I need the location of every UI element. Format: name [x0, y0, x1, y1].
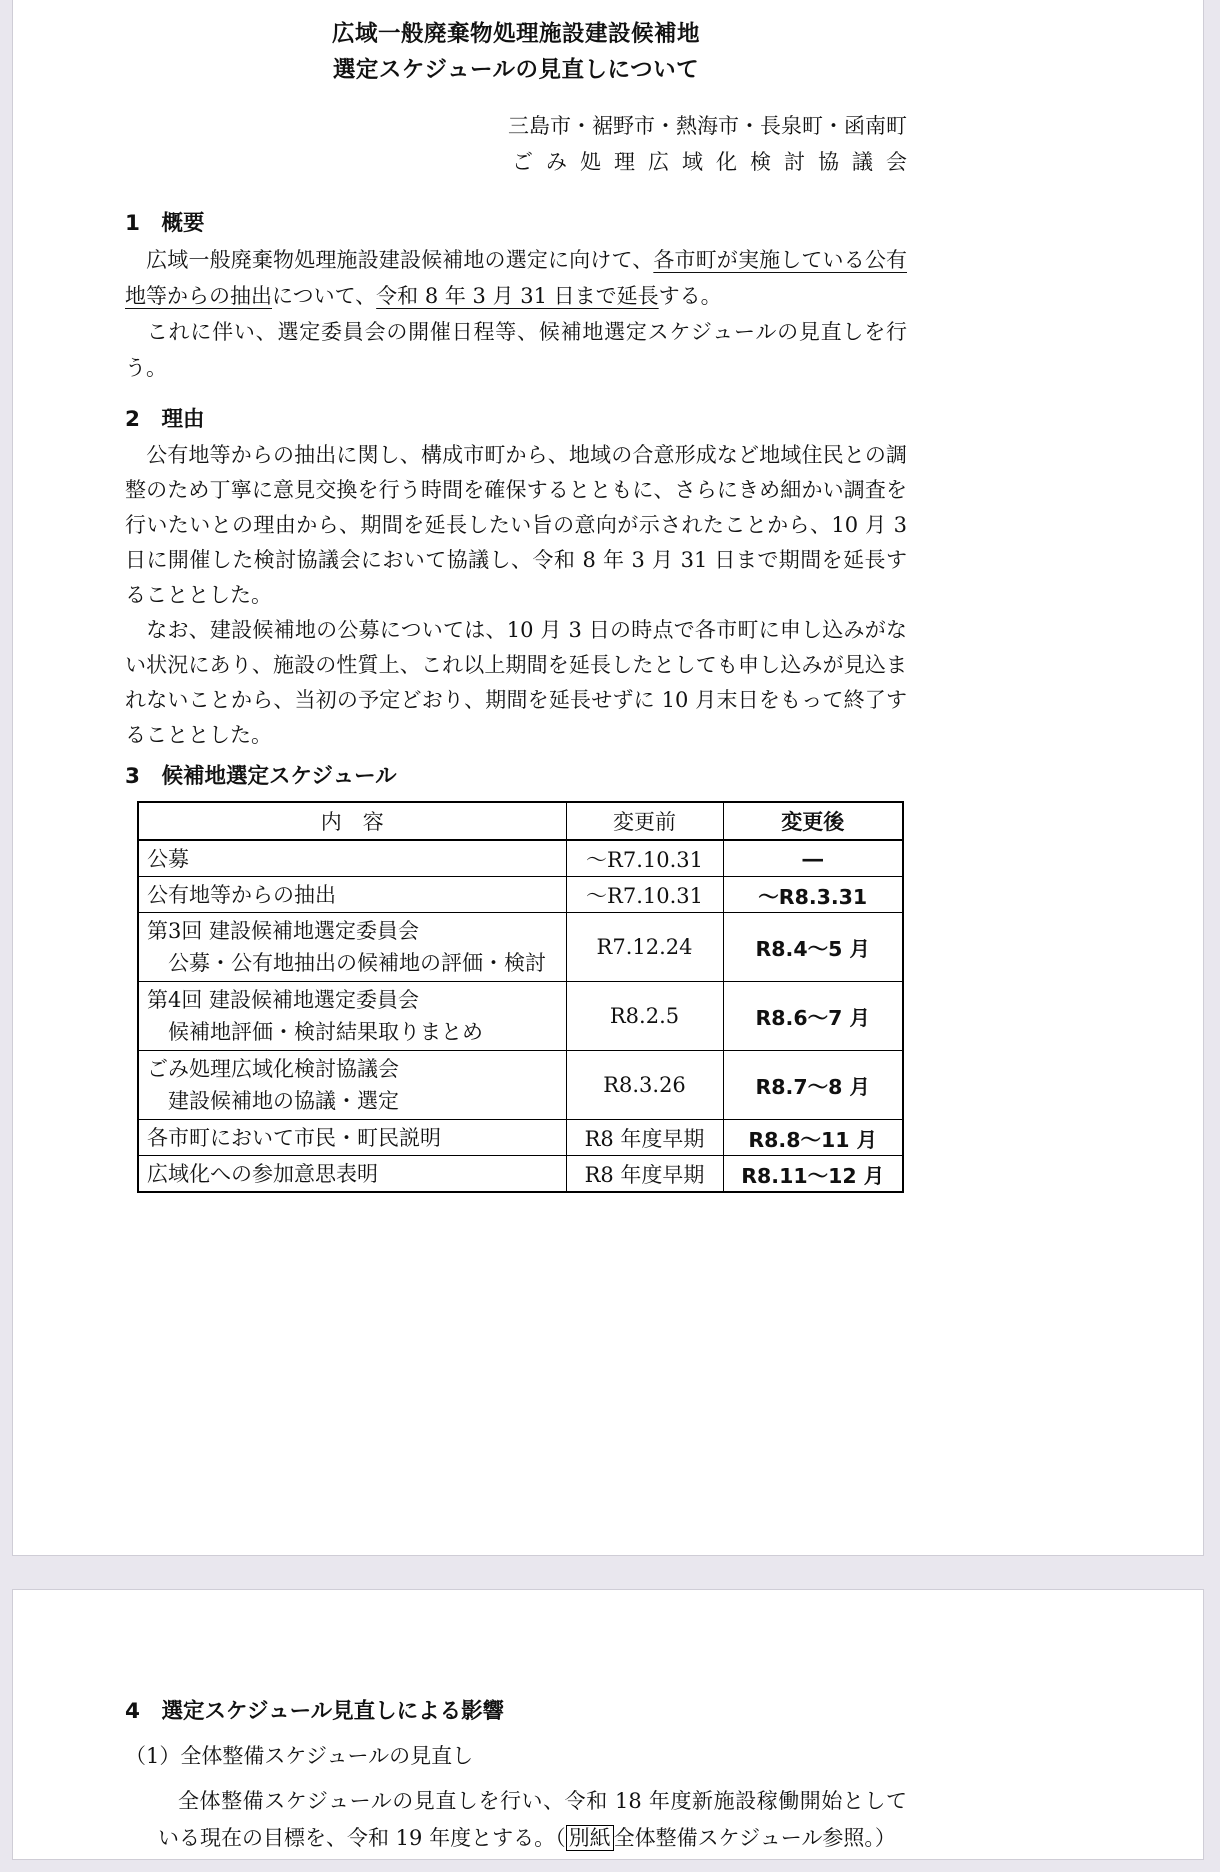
- paragraph-text: 広域一般廃棄物処理施設建設候補地の選定に向けて、: [125, 248, 653, 272]
- table-row: 広域化への参加意思表明 R8 年度早期 R8.11～12 月: [138, 1156, 903, 1193]
- viewer-bottom-strip: [12, 1860, 1204, 1872]
- table-row: 各市町において市民・町民説明 R8 年度早期 R8.8～11 月: [138, 1120, 903, 1156]
- document-page-1: 広域一般廃棄物処理施設建設候補地 選定スケジュールの見直しについて 三島市・裾野…: [12, 0, 1204, 1556]
- cell-after: ～R8.3.31: [723, 877, 903, 913]
- section-4-paragraph: 全体整備スケジュールの見直しを行い、令和 18 年度新施設稼働開始としている現在…: [158, 1783, 907, 1857]
- cell-content: 第3回 建設候補地選定委員会 公募・公有地抽出の候補地の評価・検討: [138, 913, 566, 982]
- document-title: 広域一般廃棄物処理施設建設候補地 選定スケジュールの見直しについて: [125, 0, 907, 88]
- cell-content-line-1: ごみ処理広域化検討協議会: [147, 1053, 566, 1085]
- cell-content: 広域化への参加意思表明: [138, 1156, 566, 1193]
- cell-before: R8 年度早期: [566, 1156, 723, 1193]
- organization-municipalities: 三島市・裾野市・熱海市・長泉町・函南町: [125, 108, 907, 144]
- cell-content-line-2: 公募・公有地抽出の候補地の評価・検討: [147, 947, 566, 979]
- underlined-text-deadline: 令和 8 年 3 月 31 日まで延長: [376, 284, 659, 308]
- table-header-before: 変更前: [566, 802, 723, 840]
- cell-content-line-1: 第3回 建設候補地選定委員会: [147, 915, 566, 947]
- cell-after: R8.6～7 月: [723, 982, 903, 1051]
- page-2-content: 4 選定スケジュール見直しによる影響 （1）全体整備スケジュールの見直し 全体整…: [125, 1590, 907, 1857]
- table-header-content: 内 容: [138, 802, 566, 840]
- cell-content: ごみ処理広域化検討協議会 建設候補地の協議・選定: [138, 1051, 566, 1120]
- paragraph-text: する。: [659, 284, 722, 308]
- cell-content-line-2: 建設候補地の協議・選定: [147, 1085, 566, 1117]
- cell-after: R8.4～5 月: [723, 913, 903, 982]
- viewer-right-gutter: [1204, 0, 1220, 1872]
- cell-after: ―: [723, 840, 903, 877]
- schedule-table: 内 容 変更前 変更後 公募 ～R7.10.31 ― 公有地等からの抽出 ～R7…: [137, 801, 904, 1193]
- table-row: 公有地等からの抽出 ～R7.10.31 ～R8.3.31: [138, 877, 903, 913]
- table-row: 第3回 建設候補地選定委員会 公募・公有地抽出の候補地の評価・検討 R7.12.…: [138, 913, 903, 982]
- cell-content-line-2: 候補地評価・検討結果取りまとめ: [147, 1016, 566, 1048]
- document-title-line-2: 選定スケジュールの見直しについて: [125, 52, 907, 88]
- cell-before: ～R7.10.31: [566, 877, 723, 913]
- section-2-paragraph-1: 公有地等からの抽出に関し、構成市町から、地域の合意形成など地域住民との調整のため…: [125, 438, 907, 613]
- author-organization: 三島市・裾野市・熱海市・長泉町・函南町 ごみ処理広域化検討協議会: [125, 108, 907, 180]
- cell-content: 第4回 建設候補地選定委員会 候補地評価・検討結果取りまとめ: [138, 982, 566, 1051]
- section-4-subheading: （1）全体整備スケジュールの見直し: [125, 1738, 907, 1775]
- section-1-heading: 1 概要: [125, 206, 907, 242]
- table-row: ごみ処理広域化検討協議会 建設候補地の協議・選定 R8.3.26 R8.7～8 …: [138, 1051, 903, 1120]
- pdf-viewer-canvas: 広域一般廃棄物処理施設建設候補地 選定スケジュールの見直しについて 三島市・裾野…: [0, 0, 1220, 1872]
- organization-council-name: ごみ処理広域化検討協議会: [125, 144, 920, 180]
- page-1-content: 広域一般廃棄物処理施設建設候補地 選定スケジュールの見直しについて 三島市・裾野…: [125, 0, 907, 1193]
- cell-content: 公有地等からの抽出: [138, 877, 566, 913]
- table-header-row: 内 容 変更前 変更後: [138, 802, 903, 840]
- section-2-paragraph-2: なお、建設候補地の公募については、10 月 3 日の時点で各市町に申し込みがない…: [125, 613, 907, 753]
- section-4-heading: 4 選定スケジュール見直しによる影響: [125, 1694, 907, 1730]
- cell-after: R8.7～8 月: [723, 1051, 903, 1120]
- section-2-heading: 2 理由: [125, 402, 907, 438]
- table-header-after: 変更後: [723, 802, 903, 840]
- cell-before: R8.3.26: [566, 1051, 723, 1120]
- table-row: 公募 ～R7.10.31 ―: [138, 840, 903, 877]
- section-1-paragraph-2: これに伴い、選定委員会の開催日程等、候補地選定スケジュールの見直しを行う。: [125, 314, 907, 386]
- cell-after: R8.8～11 月: [723, 1120, 903, 1156]
- viewer-left-gutter: [0, 0, 12, 1872]
- table-row: 第4回 建設候補地選定委員会 候補地評価・検討結果取りまとめ R8.2.5 R8…: [138, 982, 903, 1051]
- boxed-attachment-label: 別紙: [566, 1825, 614, 1851]
- section-3-heading: 3 候補地選定スケジュール: [125, 759, 907, 795]
- page-break-gap: [12, 1556, 1204, 1589]
- cell-after: R8.11～12 月: [723, 1156, 903, 1193]
- paragraph-text: について、: [272, 284, 376, 308]
- document-page-2: 4 選定スケジュール見直しによる影響 （1）全体整備スケジュールの見直し 全体整…: [12, 1589, 1204, 1860]
- cell-content: 各市町において市民・町民説明: [138, 1120, 566, 1156]
- cell-before: R8 年度早期: [566, 1120, 723, 1156]
- paragraph-text: 全体整備スケジュール参照。）: [614, 1826, 896, 1850]
- cell-before: ～R7.10.31: [566, 840, 723, 877]
- cell-before: R8.2.5: [566, 982, 723, 1051]
- cell-before: R7.12.24: [566, 913, 723, 982]
- cell-content: 公募: [138, 840, 566, 877]
- cell-content-line-1: 第4回 建設候補地選定委員会: [147, 984, 566, 1016]
- document-title-line-1: 広域一般廃棄物処理施設建設候補地: [125, 16, 907, 52]
- section-1-paragraph-1: 広域一般廃棄物処理施設建設候補地の選定に向けて、各市町が実施している公有地等から…: [125, 242, 907, 314]
